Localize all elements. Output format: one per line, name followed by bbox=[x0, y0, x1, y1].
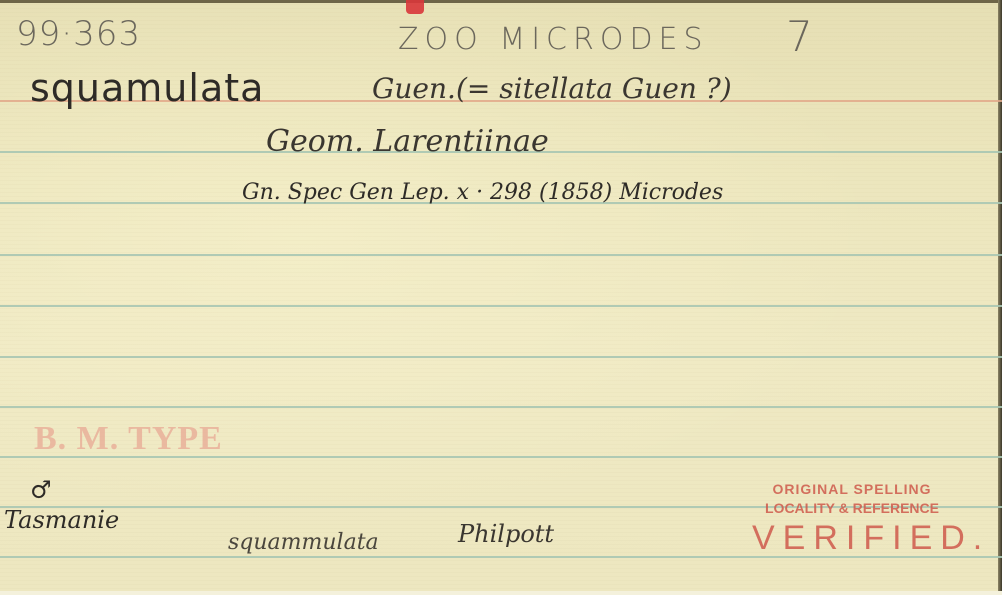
red-tab-marker bbox=[406, 0, 424, 14]
species-author: Guen. bbox=[372, 72, 456, 105]
locality: Tasmanie bbox=[4, 506, 119, 534]
verified-stamp-line2: LOCALITY & REFERENCE bbox=[752, 498, 952, 518]
genus-number: 7 bbox=[786, 12, 813, 61]
verified-stamp-line3: VERIFIED. bbox=[752, 518, 952, 558]
card-right-edge bbox=[998, 0, 1002, 591]
original-author: Philpott bbox=[458, 520, 554, 548]
ruled-line bbox=[0, 305, 1002, 307]
literature-reference: Gn. Spec Gen Lep. x · 298 (1858) Microde… bbox=[242, 180, 723, 205]
genus-header: ZOO MICRODES bbox=[398, 22, 709, 57]
card-top-edge bbox=[0, 0, 1002, 3]
male-symbol-icon: ♂ bbox=[30, 476, 52, 504]
ruled-line bbox=[0, 406, 1002, 408]
index-card: 99·363 ZOO MICRODES 7 squamulata Guen. (… bbox=[0, 0, 1002, 591]
species-name: squamulata bbox=[30, 66, 264, 110]
original-spelling-name: squammulata bbox=[228, 530, 379, 555]
registration-number: 99·363 bbox=[16, 14, 141, 54]
verified-stamp: ORIGINAL SPELLING LOCALITY & REFERENCE V… bbox=[752, 480, 952, 558]
verified-stamp-line1: ORIGINAL SPELLING bbox=[752, 480, 952, 498]
ruled-line bbox=[0, 356, 1002, 358]
ruled-line bbox=[0, 254, 1002, 256]
family-subfamily: Geom. Larentiinae bbox=[266, 124, 549, 159]
synonym-note: (= sitellata Guen ?) bbox=[456, 72, 732, 105]
bm-type-stamp: B. M. TYPE bbox=[34, 420, 223, 458]
